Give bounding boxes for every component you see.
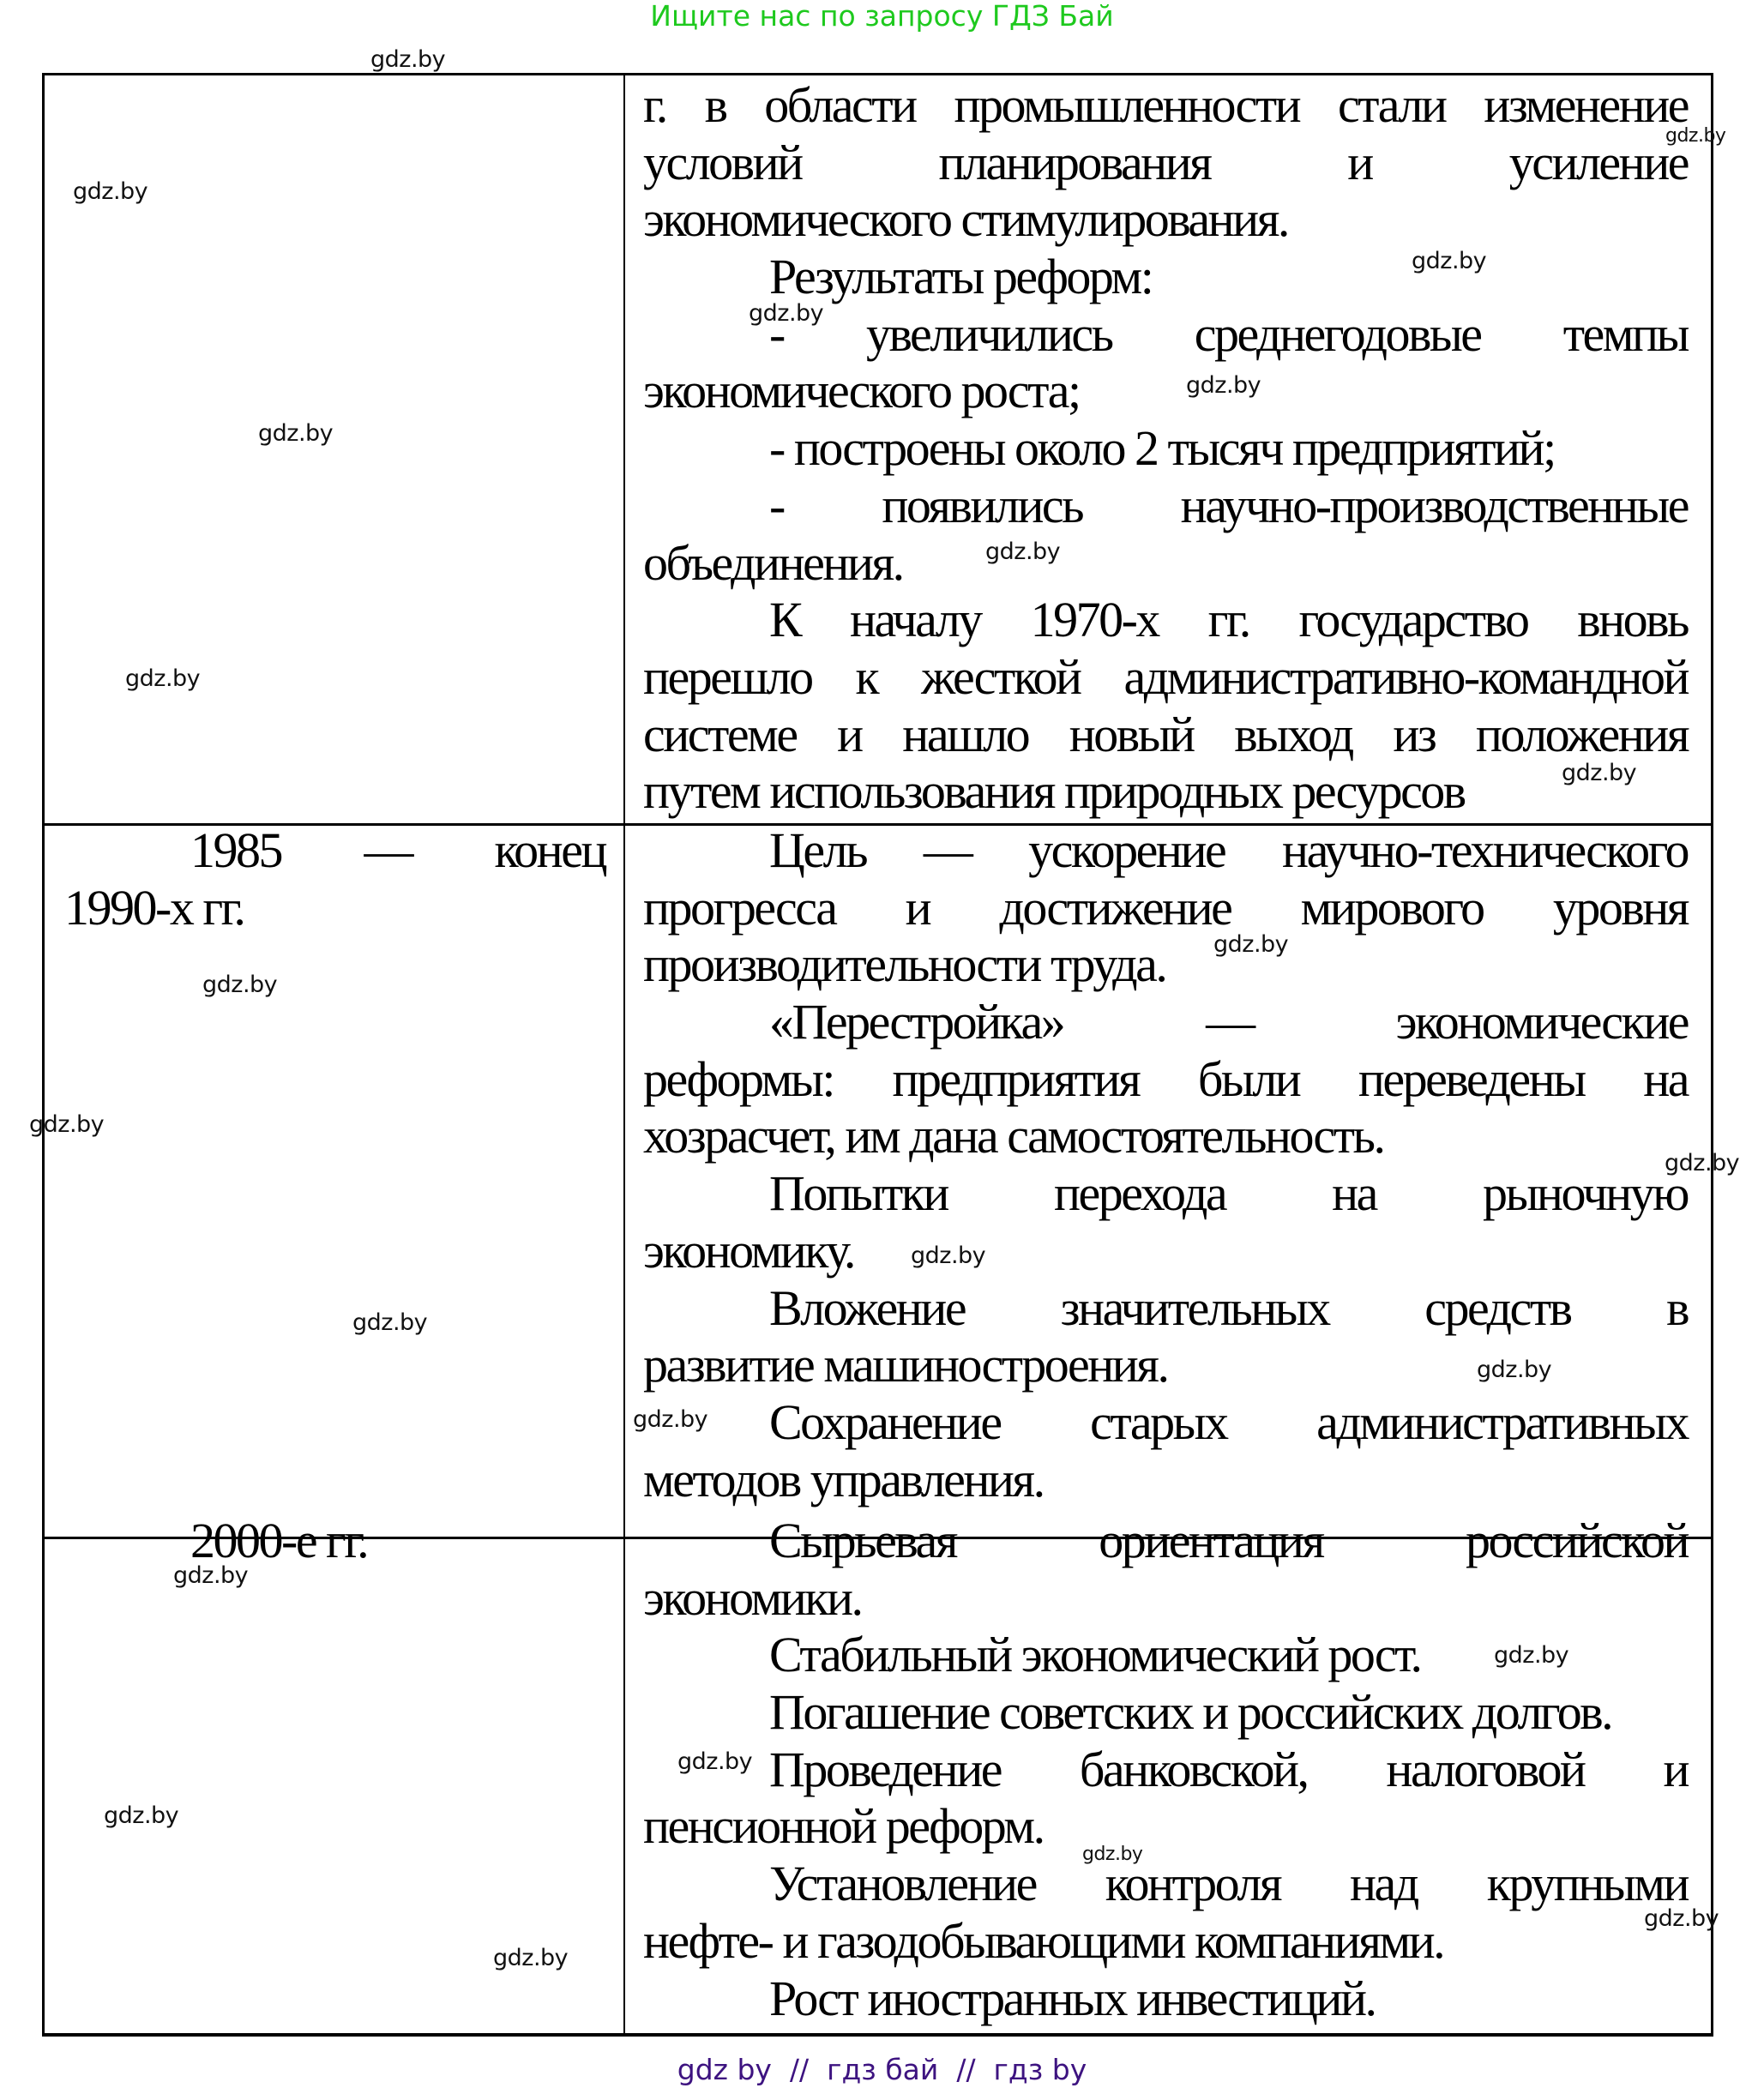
watermark: gdz.by (370, 46, 445, 74)
content-line: Вложение значительных средств в (643, 1280, 1688, 1338)
watermark: gdz.by (1082, 1844, 1142, 1866)
period-line: 1990-х гг. (64, 880, 605, 937)
watermark: gdz.by (1644, 1905, 1719, 1933)
content-line: перешло к жесткой административно-команд… (643, 649, 1688, 707)
content-line: экономики. (643, 1570, 1688, 1628)
watermark: gdz.by (352, 1309, 427, 1337)
content-line: системе и нашло новый выход из положения (643, 707, 1688, 764)
content-line: экономику. (643, 1223, 1688, 1280)
history-table: г. в области промышленности стали измене… (0, 0, 1764, 2094)
content-line: К началу 1970-х гг. государство вновь (643, 592, 1688, 649)
content-line: Сырьевая ориентация российской (643, 1513, 1688, 1570)
content-line: - появились научно-производственные (643, 478, 1688, 535)
table-bottom-border (42, 2033, 1713, 2037)
watermark: gdz.by (258, 420, 333, 448)
watermark: gdz.by (29, 1111, 104, 1139)
watermark: gdz.by (173, 1562, 248, 1590)
content-line: - построены около 2 тысяч предприятий; (643, 420, 1688, 478)
content-line: Попытки перехода на рыночную (643, 1165, 1688, 1223)
watermark: gdz.by (1412, 248, 1486, 275)
watermark: gdz.by (493, 1945, 568, 1972)
watermark: gdz.by (104, 1802, 178, 1830)
watermark: gdz.by (1213, 931, 1288, 959)
content-line: Результаты реформ: (643, 249, 1688, 306)
content-line: реформы: предприятия были переведены на (643, 1051, 1688, 1109)
content-line: пенсионной реформ. (643, 1798, 1688, 1856)
table-right-border (1711, 73, 1713, 2037)
row-2-period-cell: 1985 — конец1990-х гг. (64, 822, 605, 936)
table-top-border (42, 73, 1713, 75)
content-line: «Перестройка» — экономические (643, 994, 1688, 1051)
content-line: прогресса и достижение мирового уровня (643, 880, 1688, 937)
watermark: gdz.by (1186, 372, 1261, 400)
content-line: экономического стимулирования. (643, 191, 1688, 249)
watermark: gdz.by (633, 1406, 707, 1434)
watermark: gdz.by (911, 1243, 985, 1270)
content-line: объединения. (643, 535, 1688, 593)
content-line: производительности труда. (643, 936, 1688, 994)
row-3-content-cell: Сырьевая ориентация российскойэкономики.… (643, 1513, 1688, 2027)
column-divider (623, 73, 625, 2037)
period-line: 1985 — конец (64, 822, 605, 880)
content-line: Погашение советских и российских долгов. (643, 1684, 1688, 1742)
content-line: Проведение банковской, налоговой и (643, 1742, 1688, 1799)
watermark: gdz.by (985, 539, 1060, 566)
content-line: нефте- и газодобывающими компаниями. (643, 1913, 1688, 1971)
row-3-period-cell: 2000-е гг. (64, 1513, 605, 1570)
watermark: gdz.by (1665, 1150, 1739, 1177)
content-line: условий планирования и усиление (643, 135, 1688, 192)
site-footer: gdz by // гдз бай // гдз by (0, 2052, 1764, 2088)
period-line: 2000-е гг. (64, 1513, 605, 1570)
content-line: Установление контроля над крупными (643, 1856, 1688, 1913)
watermark: gdz.by (677, 1748, 752, 1776)
content-line: хозрасчет, им дана самостоятельность. (643, 1108, 1688, 1165)
row-2-content-cell: Цель — ускорение научно-техническогопрог… (643, 822, 1688, 1508)
content-line: Цель — ускорение научно-технического (643, 822, 1688, 880)
watermark: gdz.by (202, 972, 277, 999)
row-1-content-cell: г. в области промышленности стали измене… (643, 77, 1688, 821)
watermark: gdz.by (1665, 125, 1725, 147)
table-left-border (42, 73, 45, 2037)
content-line: Сохранение старых административных (643, 1394, 1688, 1452)
watermark: gdz.by (1477, 1357, 1551, 1384)
watermark: gdz.by (1494, 1642, 1568, 1670)
content-line: г. в области промышленности стали измене… (643, 77, 1688, 135)
watermark: gdz.by (1562, 760, 1636, 787)
content-line: путем использования природных ресурсов (643, 763, 1688, 821)
content-line: методов управления. (643, 1452, 1688, 1509)
content-line: экономического роста; (643, 363, 1688, 420)
watermark: gdz.by (749, 300, 823, 328)
watermark: gdz.by (125, 665, 200, 693)
watermark: gdz.by (73, 178, 148, 206)
content-line: Рост иностранных инвестиций. (643, 1971, 1688, 2028)
